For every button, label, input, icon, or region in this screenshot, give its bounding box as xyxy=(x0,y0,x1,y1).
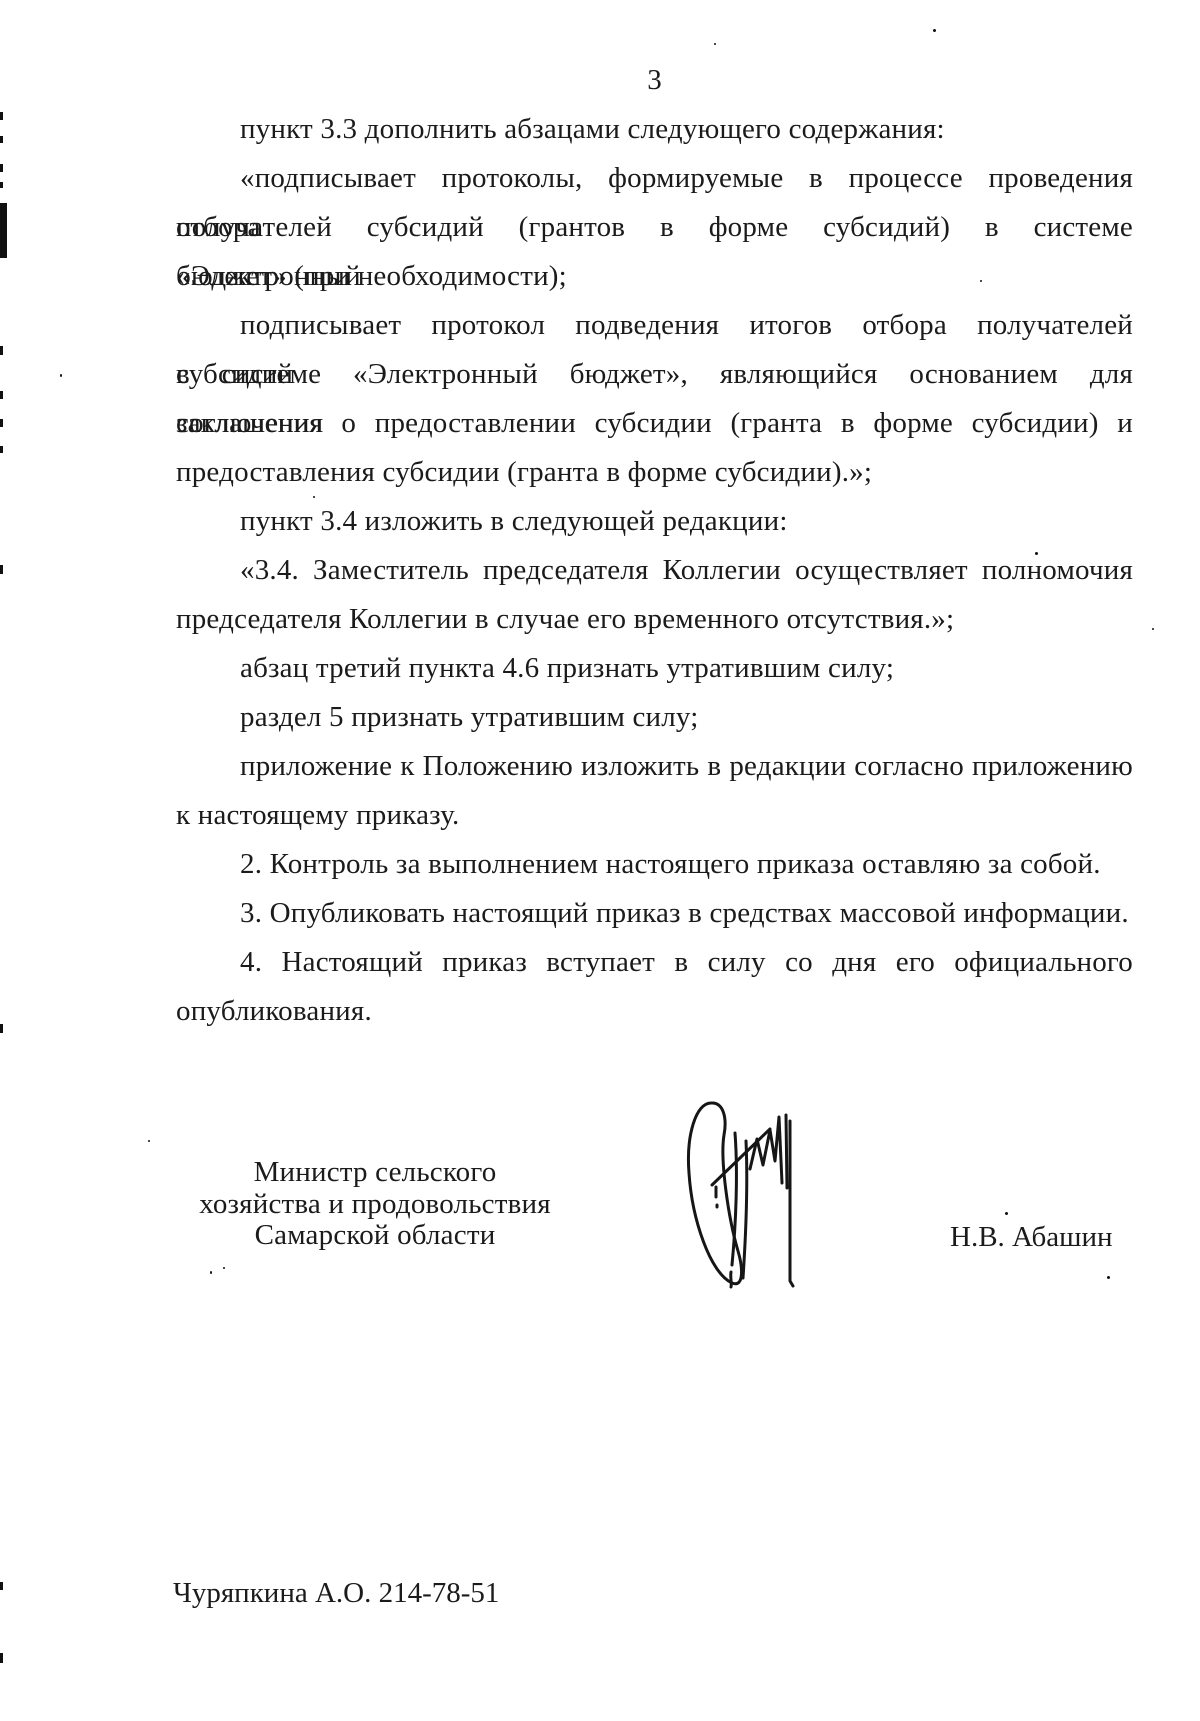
body-text-line: приложение к Положению изложить в редакц… xyxy=(176,742,1133,791)
scan-artifact xyxy=(980,280,982,282)
scan-artifact xyxy=(1152,628,1154,630)
scan-artifact xyxy=(1107,1276,1110,1279)
document-page: 3 пункт 3.3 дополнить абзацами следующег… xyxy=(0,0,1200,1721)
scan-artifact xyxy=(0,203,7,258)
scan-artifact xyxy=(60,374,62,377)
scan-artifact xyxy=(1035,552,1038,555)
body-text-line: 4. Настоящий приказ вступает в силу со д… xyxy=(176,938,1133,987)
body-text-line: «3.4. Заместитель председателя Коллегии … xyxy=(176,546,1133,595)
scan-artifact xyxy=(0,112,3,120)
scan-artifact xyxy=(210,1271,212,1274)
scan-artifact xyxy=(714,43,716,45)
signer-position-line: Министр сельского xyxy=(195,1157,555,1189)
body-text-line: в системе «Электронный бюджет», являющий… xyxy=(176,350,1133,399)
scan-artifact xyxy=(0,346,3,355)
scan-artifact xyxy=(0,565,3,574)
scan-artifact xyxy=(933,29,936,32)
body-text-line: подписывает протокол подведения итогов о… xyxy=(176,301,1133,350)
body-text-line: предоставления субсидии (гранта в форме … xyxy=(176,448,1133,497)
scan-artifact xyxy=(0,1024,3,1033)
body-text-line: к настоящему приказу. xyxy=(176,791,1133,840)
signer-position-line: Самарской области xyxy=(195,1220,555,1252)
executor-contact: Чуряпкина А.О. 214-78-51 xyxy=(173,1577,499,1610)
scan-artifact xyxy=(0,136,3,143)
scan-artifact xyxy=(0,1653,3,1663)
body-text-line: соглашения о предоставлении субсидии (гр… xyxy=(176,399,1133,448)
body-text-line: получателей субсидий (грантов в форме су… xyxy=(176,203,1133,252)
body-text-line: председателя Коллегии в случае его време… xyxy=(176,595,1133,644)
body-text-line: 3. Опубликовать настоящий приказ в средс… xyxy=(176,889,1133,938)
scan-artifact xyxy=(223,1267,225,1269)
scan-artifact xyxy=(0,446,3,453)
scan-artifact xyxy=(0,1582,3,1590)
body-text-line: раздел 5 признать утратившим силу; xyxy=(176,693,1133,742)
scan-artifact xyxy=(0,391,3,399)
body-text-line: абзац третий пункта 4.6 признать утратив… xyxy=(176,644,1133,693)
scan-artifact xyxy=(0,164,3,172)
document-body: пункт 3.3 дополнить абзацами следующего … xyxy=(176,105,1133,1036)
body-text-line: опубликования. xyxy=(176,987,1133,1036)
signer-position-block: Министр сельского хозяйства и продовольс… xyxy=(195,1157,555,1252)
signer-name: Н.В. Абашин xyxy=(950,1221,1113,1254)
page-number: 3 xyxy=(176,63,1133,97)
body-text-line: бюджет» (при необходимости); xyxy=(176,252,1133,301)
scan-artifact xyxy=(313,496,315,498)
scan-artifact xyxy=(1005,1212,1008,1215)
body-text-line: «подписывает протоколы, формируемые в пр… xyxy=(176,154,1133,203)
scan-artifact xyxy=(0,182,3,188)
body-text-line: пункт 3.3 дополнить абзацами следующего … xyxy=(176,105,1133,154)
body-text-line: 2. Контроль за выполнением настоящего пр… xyxy=(176,840,1133,889)
scan-artifact xyxy=(148,1140,150,1142)
signer-position-line: хозяйства и продовольствия xyxy=(195,1189,555,1221)
body-text-line: пункт 3.4 изложить в следующей редакции: xyxy=(176,497,1133,546)
handwritten-signature-icon xyxy=(680,1093,800,1293)
scan-artifact xyxy=(0,419,3,427)
